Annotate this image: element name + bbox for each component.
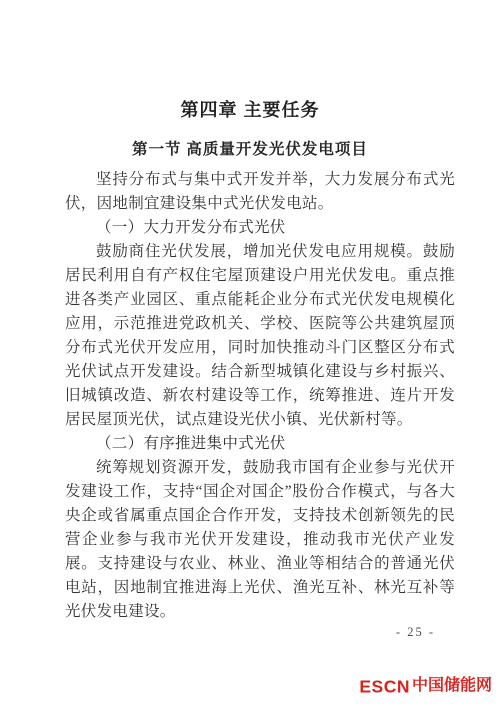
paragraph: 坚持分布式与集中式开发并举，大力发展分布式光伏，因地制宜建设集中式光伏发电站。 (65, 168, 455, 216)
escn-logo-cjk: 中国储能网 (412, 677, 492, 694)
paragraph: 统筹规划资源开发，鼓励我市国有企业参与光伏开发建设工作，支持“国企对国企”股份合… (65, 456, 455, 624)
escn-logo: ESCN中国储能网 (359, 676, 492, 696)
escn-logo-latin: ESCN (359, 676, 410, 696)
body-content: 坚持分布式与集中式开发并举，大力发展分布式光伏，因地制宜建设集中式光伏发电站。 … (65, 168, 455, 624)
subheading-1: （一）大力开发分布式光伏 (65, 216, 455, 240)
subheading-2: （二）有序推进集中式光伏 (65, 432, 455, 456)
paragraph: 鼓励商住光伏发展，增加光伏发电应用规模。鼓励居民利用自有产权住宅屋顶建设户用光伏… (65, 240, 455, 432)
page-number: - 25 - (396, 625, 435, 640)
document-page: 第四章 主要任务 第一节 高质量开发光伏发电项目 坚持分布式与集中式开发并举，大… (0, 0, 500, 707)
chapter-title: 第四章 主要任务 (0, 0, 500, 122)
section-title: 第一节 高质量开发光伏发电项目 (0, 139, 500, 160)
